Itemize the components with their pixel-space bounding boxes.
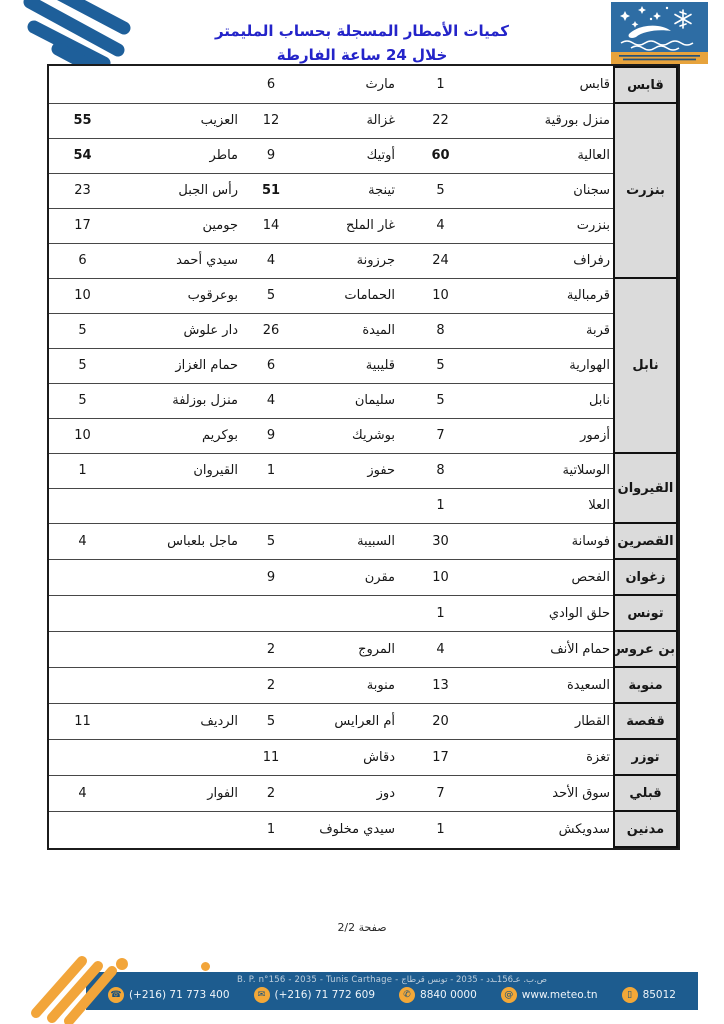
table-row: العلا1	[49, 488, 677, 523]
value-cell: 5	[241, 523, 301, 559]
station-cell: الفوار	[116, 775, 241, 811]
value-cell: 2	[241, 667, 301, 703]
footer-address-arabic: ص.ب. عـ156ـدد - 2035 - تونس قرطاج	[401, 975, 547, 985]
station-cell	[116, 559, 241, 595]
value-cell: 2	[241, 775, 301, 811]
station-cell: حفوز	[301, 453, 398, 488]
station-cell: بنزرت	[483, 208, 614, 243]
station-cell: الميدة	[301, 313, 398, 348]
value-cell: 17	[398, 739, 483, 775]
value-cell: 5	[241, 703, 301, 739]
region-cell: قفصة	[614, 703, 677, 739]
station-cell: الحمامات	[301, 278, 398, 313]
value-cell: 26	[241, 313, 301, 348]
handset-icon: ✆	[399, 987, 415, 1003]
station-cell: أوتيك	[301, 138, 398, 173]
value-cell: 20	[398, 703, 483, 739]
station-cell: تينجة	[301, 173, 398, 208]
value-cell: 5	[241, 278, 301, 313]
value-cell: 4	[398, 631, 483, 667]
footer-contact: @www.meteo.tn	[501, 987, 598, 1003]
station-cell: رأس الجبل	[116, 173, 241, 208]
value-cell: 8	[398, 453, 483, 488]
station-cell: جرزونة	[301, 243, 398, 278]
station-cell: منزل بورقية	[483, 103, 614, 138]
region-cell: بن عروس	[614, 631, 677, 667]
footer-address: B. P. n°156 - 2035 - Tunis Carthage - ص.…	[86, 972, 698, 985]
value-cell: 9	[241, 418, 301, 453]
table-row: بنزرتمنزل بورقية22غزالة12العزيب55	[49, 103, 677, 138]
table-row: مدنينسدويكش1سيدي مخلوف1	[49, 811, 677, 847]
value-cell: 11	[241, 739, 301, 775]
station-cell: نابل	[483, 383, 614, 418]
value-cell: 1	[398, 595, 483, 631]
region-cell: قابس	[614, 67, 677, 103]
region-cell: منوبة	[614, 667, 677, 703]
station-cell: أم العرايس	[301, 703, 398, 739]
contact-value: www.meteo.tn	[522, 989, 598, 1001]
value-cell	[241, 488, 301, 523]
station-cell: أزمور	[483, 418, 614, 453]
contact-value: 85012	[643, 989, 676, 1001]
value-cell	[241, 595, 301, 631]
table-row: أزمور7بوشريك9بوكريم10	[49, 418, 677, 453]
table-row: قفصةالقطار20أم العرايس5الرديف11	[49, 703, 677, 739]
table-row: تونسحلق الوادي1	[49, 595, 677, 631]
document-page: كميات الأمطار المسجلة بحساب المليمتر خلا…	[0, 0, 724, 1024]
region-cell: قبلي	[614, 775, 677, 811]
station-cell: منزل بوزلفة	[116, 383, 241, 418]
value-cell	[49, 811, 116, 847]
station-cell: سدويكش	[483, 811, 614, 847]
contact-value: (+216) 71 772 609	[275, 989, 376, 1001]
footer-contact: ▯85012	[622, 987, 676, 1003]
value-cell: 1	[398, 67, 483, 103]
station-cell: منوبة	[301, 667, 398, 703]
station-cell: مقرن	[301, 559, 398, 595]
region-cell: زغوان	[614, 559, 677, 595]
station-cell	[301, 488, 398, 523]
page-number: صفحة 2/2	[0, 921, 724, 934]
value-cell: 1	[241, 453, 301, 488]
value-cell: 8	[398, 313, 483, 348]
value-cell: 13	[398, 667, 483, 703]
station-cell: مارث	[301, 67, 398, 103]
table-row: منوبةالسعيدة13منوبة2	[49, 667, 677, 703]
rainfall-table: قابسقابس1مارث6بنزرتمنزل بورقية22غزالة12ا…	[47, 64, 680, 850]
station-cell: تغزة	[483, 739, 614, 775]
region-cell: القصرين	[614, 523, 677, 559]
station-cell	[116, 595, 241, 631]
station-cell: بوعرقوب	[116, 278, 241, 313]
station-cell: القيروان	[116, 453, 241, 488]
value-cell: 51	[241, 173, 301, 208]
table-row: العالية60أوتيك9ماطر54	[49, 138, 677, 173]
value-cell: 6	[241, 67, 301, 103]
station-cell: العزيب	[116, 103, 241, 138]
value-cell: 23	[49, 173, 116, 208]
region-cell: القيروان	[614, 453, 677, 523]
value-cell: 6	[241, 348, 301, 383]
table-row: قبليسوق الأحد7دوز2الفوار4	[49, 775, 677, 811]
station-cell: ماطر	[116, 138, 241, 173]
station-cell	[116, 667, 241, 703]
station-cell: دار علوش	[116, 313, 241, 348]
value-cell: 4	[398, 208, 483, 243]
station-cell: الفحص	[483, 559, 614, 595]
value-cell: 4	[241, 383, 301, 418]
station-cell: قرمبالية	[483, 278, 614, 313]
table-row: القيروانالوسلاتية8حفوز1القيروان1	[49, 453, 677, 488]
value-cell	[49, 488, 116, 523]
value-cell: 5	[398, 383, 483, 418]
globe-icon: @	[501, 987, 517, 1003]
station-cell: العلا	[483, 488, 614, 523]
mobile-icon: ▯	[622, 987, 638, 1003]
station-cell: حمام الغزاز	[116, 348, 241, 383]
station-cell: بوكريم	[116, 418, 241, 453]
region-cell: تونس	[614, 595, 677, 631]
station-cell: ماجل بلعباس	[116, 523, 241, 559]
value-cell: 1	[398, 811, 483, 847]
station-cell: بوشريك	[301, 418, 398, 453]
station-cell: السعيدة	[483, 667, 614, 703]
value-cell: 10	[49, 278, 116, 313]
station-cell: سوق الأحد	[483, 775, 614, 811]
value-cell: 24	[398, 243, 483, 278]
value-cell: 17	[49, 208, 116, 243]
region-cell: توزر	[614, 739, 677, 775]
station-cell	[116, 631, 241, 667]
value-cell: 7	[398, 775, 483, 811]
value-cell: 2	[241, 631, 301, 667]
table-row: توزرتغزة17دقاش11	[49, 739, 677, 775]
value-cell: 1	[398, 488, 483, 523]
region-cell: بنزرت	[614, 103, 677, 278]
station-cell	[116, 811, 241, 847]
inm-logo	[611, 2, 708, 64]
value-cell: 5	[49, 313, 116, 348]
station-cell: سليمان	[301, 383, 398, 418]
value-cell	[49, 559, 116, 595]
table-row: رفراف24جرزونة4سيدي أحمد6	[49, 243, 677, 278]
station-cell: حلق الوادي	[483, 595, 614, 631]
table-row: نابلقرمبالية10الحمامات5بوعرقوب10	[49, 278, 677, 313]
table-row: قابسقابس1مارث6	[49, 67, 677, 103]
station-cell	[116, 488, 241, 523]
station-cell: دوز	[301, 775, 398, 811]
station-cell: سجنان	[483, 173, 614, 208]
value-cell	[49, 67, 116, 103]
station-cell: جومين	[116, 208, 241, 243]
value-cell: 30	[398, 523, 483, 559]
value-cell	[49, 739, 116, 775]
footer-swoosh-decoration	[24, 951, 156, 1024]
table-row: زغوانالفحص10مقرن9	[49, 559, 677, 595]
value-cell: 4	[49, 523, 116, 559]
table-row: نابل5سليمان4منزل بوزلفة5	[49, 383, 677, 418]
station-cell	[116, 67, 241, 103]
station-cell: الرديف	[116, 703, 241, 739]
station-cell: حمام الأنف	[483, 631, 614, 667]
station-cell: قابس	[483, 67, 614, 103]
contact-value: 8840 0000	[420, 989, 477, 1001]
station-cell: العالية	[483, 138, 614, 173]
footer-dot-decoration	[201, 962, 210, 971]
value-cell: 4	[241, 243, 301, 278]
station-cell: قليبية	[301, 348, 398, 383]
station-cell: السبيبة	[301, 523, 398, 559]
fax-icon: ✉	[254, 987, 270, 1003]
value-cell: 9	[241, 138, 301, 173]
station-cell: دقاش	[301, 739, 398, 775]
table-row: سجنان5تينجة51رأس الجبل23	[49, 173, 677, 208]
value-cell: 9	[241, 559, 301, 595]
value-cell: 10	[398, 278, 483, 313]
table-row: بن عروسحمام الأنف4المروج2	[49, 631, 677, 667]
station-cell	[301, 595, 398, 631]
station-cell: المروج	[301, 631, 398, 667]
footer-contact: ✉(+216) 71 772 609	[254, 987, 376, 1003]
footer-band: B. P. n°156 - 2035 - Tunis Carthage - ص.…	[86, 972, 698, 1010]
table-row: الهوارية5قليبية6حمام الغزاز5	[49, 348, 677, 383]
value-cell: 22	[398, 103, 483, 138]
value-cell: 11	[49, 703, 116, 739]
value-cell: 6	[49, 243, 116, 278]
station-cell: الوسلاتية	[483, 453, 614, 488]
station-cell: غار الملح	[301, 208, 398, 243]
value-cell: 5	[398, 173, 483, 208]
station-cell: سيدي أحمد	[116, 243, 241, 278]
value-cell: 4	[49, 775, 116, 811]
region-cell: نابل	[614, 278, 677, 453]
station-cell: فوسانة	[483, 523, 614, 559]
table-row: بنزرت4غار الملح14جومين17	[49, 208, 677, 243]
table-row: قربة8الميدة26دار علوش5	[49, 313, 677, 348]
value-cell: 10	[398, 559, 483, 595]
value-cell: 54	[49, 138, 116, 173]
value-cell: 12	[241, 103, 301, 138]
value-cell: 60	[398, 138, 483, 173]
footer-contact: ✆8840 0000	[399, 987, 477, 1003]
value-cell: 14	[241, 208, 301, 243]
station-cell: رفراف	[483, 243, 614, 278]
value-cell	[49, 631, 116, 667]
value-cell: 5	[49, 348, 116, 383]
station-cell	[116, 739, 241, 775]
value-cell: 7	[398, 418, 483, 453]
station-cell: القطار	[483, 703, 614, 739]
rain-table-body: قابسقابس1مارث6بنزرتمنزل بورقية22غزالة12ا…	[49, 67, 677, 847]
value-cell: 5	[49, 383, 116, 418]
footer-address-latin: B. P. n°156 - 2035 - Tunis Carthage -	[237, 975, 398, 985]
value-cell: 55	[49, 103, 116, 138]
value-cell	[49, 595, 116, 631]
value-cell: 10	[49, 418, 116, 453]
logo-orange-band	[611, 52, 708, 64]
station-cell: قربة	[483, 313, 614, 348]
value-cell: 5	[398, 348, 483, 383]
footer-contacts: ☎(+216) 71 773 400✉(+216) 71 772 609✆884…	[86, 987, 698, 1003]
station-cell: الهوارية	[483, 348, 614, 383]
value-cell	[49, 667, 116, 703]
station-cell: سيدي مخلوف	[301, 811, 398, 847]
value-cell: 1	[49, 453, 116, 488]
table-row: القصرينفوسانة30السبيبة5ماجل بلعباس4	[49, 523, 677, 559]
value-cell: 1	[241, 811, 301, 847]
region-cell: مدنين	[614, 811, 677, 847]
station-cell: غزالة	[301, 103, 398, 138]
